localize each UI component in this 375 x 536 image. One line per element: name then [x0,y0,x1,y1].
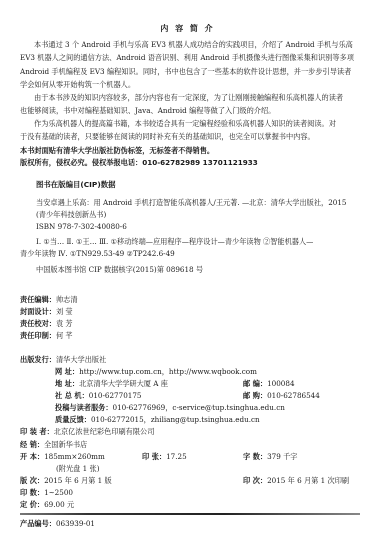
quality-feedback-value[interactable]: 010-62772015，zhiliang@tup.tsinghua.edu.c… [91,415,260,424]
distributor-row: 经 销：全国新华书店 [20,441,87,448]
publisher-name: 清华大学出版社 [56,355,106,364]
word-count-value: 379 千字 [267,452,297,461]
product-code-value: 063939-01 [56,519,95,528]
price-label: 定 价： [20,500,44,509]
summary-paragraph-3: 作为乐高机器人的提高篇书籍，本书较适合具有一定编程经验和乐高机器人知识的读者阅读… [20,117,360,144]
product-code-row: 产品编号：063939-01 [20,520,95,527]
staff-value: 帅志清 [56,295,78,304]
staff-value: 何 芊 [56,331,73,340]
edition-row: 版 次：2015 年 6 月第 1 版 [20,477,112,484]
print-run-label: 印 数： [20,488,44,497]
switchboard-row: 社 总 机：010-62770175 [55,392,142,399]
staff-label: 责任校对： [20,319,56,328]
summary-line: 本书通过 3 个 Android 手机与乐高 EV3 机器人成功结合的实践项目，… [20,38,360,51]
staff-value: 袁 芳 [56,319,73,328]
format-note: (附光盘 1 张) [56,465,100,472]
postcode-value: 100084 [267,379,294,388]
switchboard-value: 010-62770175 [89,391,142,400]
mail-order-label: 邮 购： [243,391,267,400]
impression-value: 2015 年 6 月第 1 次印刷 [267,476,349,485]
address-row: 地 址：北京清华大学学研大厦 A 座 [55,380,168,387]
edition-value: 2015 年 6 月第 1 版 [44,476,112,485]
reader-service-row: 投稿与读者服务：010-62776969，c-service@tup.tsing… [55,404,285,411]
reader-service-value[interactable]: 010-62776969，c-service@tup.tsinghua.edu.… [113,403,285,412]
postcode-row: 邮 编：100084 [243,380,295,387]
sheets-value: 17.25 [166,452,187,461]
printer-label: 印 装 者： [20,427,54,436]
printer-value: 北京亿浓世纪彩色印刷有限公司 [54,427,155,436]
staff-label: 责任编辑： [20,295,56,304]
summary-line: 由于本书涉及的知识内容较多，部分内容也有一定深度，为了让刚刚接触编程和乐高机器人… [20,91,360,104]
quality-feedback-label: 质量反馈： [55,415,91,424]
price-value: 69.00 元 [44,500,74,509]
cip-record-number: 中国版本图书馆 CIP 数据核字(2015)第 089618 号 [36,266,203,273]
print-run-row: 印 数：1~2500 [20,489,73,496]
format-label: 开 本： [20,452,44,461]
sheets-label: 印 张： [142,452,166,461]
impression-row: 印 次：2015 年 6 月第 1 次印刷 [243,477,349,484]
summary-line: 学会如何从零开始构筑一个机器人。 [20,78,360,91]
printer-row: 印 装 者：北京亿浓世纪彩色印刷有限公司 [20,428,154,435]
reader-service-label: 投稿与读者服务： [55,403,113,412]
staff-cover-design: 封面设计：刘 莹 [20,308,73,315]
website-label: 网 址： [55,367,79,376]
format-value: 185mm×260mm [44,452,105,461]
switchboard-label: 社 总 机： [55,391,89,400]
summary-line: 也能够阅读，书中对编程基础知识、Java、Android 编程等做了入门级的介绍… [20,104,360,117]
summary-line: EV3 机器人之间的通信方法、Android 语音识别、利用 Android 手… [20,51,360,64]
price-row: 定 价：69.00 元 [20,501,74,508]
website-value[interactable]: http://www.tup.com.cn，http://www.wqbook.… [79,367,257,376]
impression-label: 印 次： [243,476,267,485]
summary-line: 作为乐高机器人的提高篇书籍，本书较适合具有一定编程经验和乐高机器人知识的读者阅读… [20,117,360,130]
summary-paragraph-2: 由于本书涉及的知识内容较多，部分内容也有一定深度，为了让刚刚接触编程和乐高机器人… [20,91,360,118]
staff-value: 刘 莹 [56,307,73,316]
publisher-row: 出版发行：清华大学出版社 [20,356,106,363]
copyright-notice: 版权所有，侵权必究。侵权举报电话：010-62782989 1370112193… [20,159,258,166]
edition-label: 版 次： [20,476,44,485]
staff-label: 封面设计： [20,307,56,316]
sheets-row: 印 张：17.25 [142,453,187,460]
cip-isbn: ISBN 978-7-302-40080-6 [36,223,127,230]
cip-line: (青少年科技创新丛书) [36,211,106,218]
print-run-value: 1~2500 [44,488,73,497]
distributor-label: 经 销： [20,440,44,449]
cip-line: 青少年读物 Ⅳ. ①TN929.53-49 ②TP242.6-49 [20,250,175,257]
footer-divider [20,513,360,515]
staff-printing: 责任印制：何 芊 [20,332,73,339]
summary-line: 于没有基础的读者，只要能够在阅读的同时补充有关的基础知识，也完全可以掌握书中内容… [20,130,360,143]
publisher-label: 出版发行： [20,355,56,364]
staff-proofreader: 责任校对：袁 芳 [20,320,73,327]
cip-heading: 图书在版编目(CIP)数据 [36,181,115,188]
quality-feedback-row: 质量反馈：010-62772015，zhiliang@tup.tsinghua.… [55,416,260,423]
website-row: 网 址：http://www.tup.com.cn，http://www.wqb… [55,368,257,375]
staff-editor: 责任编辑：帅志清 [20,296,78,303]
anti-counterfeit-notice: 本书封面贴有清华大学出版社防伪标签，无标签者不得销售。 [20,147,214,154]
cip-line: Ⅰ. ①当… Ⅱ. ①王… Ⅲ. ①移动终端—应用程序—程序设计—青少年读物 ②… [36,238,313,245]
summary-paragraph-1: 本书通过 3 个 Android 手机与乐高 EV3 机器人成功结合的实践项目，… [20,38,360,92]
address-label: 地 址： [55,379,79,388]
postcode-label: 邮 编： [243,379,267,388]
distributor-value: 全国新华书店 [44,440,87,449]
mail-order-row: 邮 购：010-62786544 [243,392,320,399]
summary-line: Android 手机编程及 EV3 编程知识。同时，书中也包含了一些基本的软件设… [20,65,360,78]
format-row: 开 本：185mm×260mm [20,453,105,460]
word-count-label: 字 数： [243,452,267,461]
address-value: 北京清华大学学研大厦 A 座 [79,379,168,388]
summary-title: 内 容 简 介 [0,25,375,33]
word-count-row: 字 数：379 千字 [243,453,297,460]
mail-order-value: 010-62786544 [267,391,320,400]
product-code-label: 产品编号： [20,519,56,528]
staff-label: 责任印制： [20,331,56,340]
cip-line: 当安卓遇上乐高：用 Android 手机打造智能乐高机器人/王元著. —北京：清… [36,199,347,206]
